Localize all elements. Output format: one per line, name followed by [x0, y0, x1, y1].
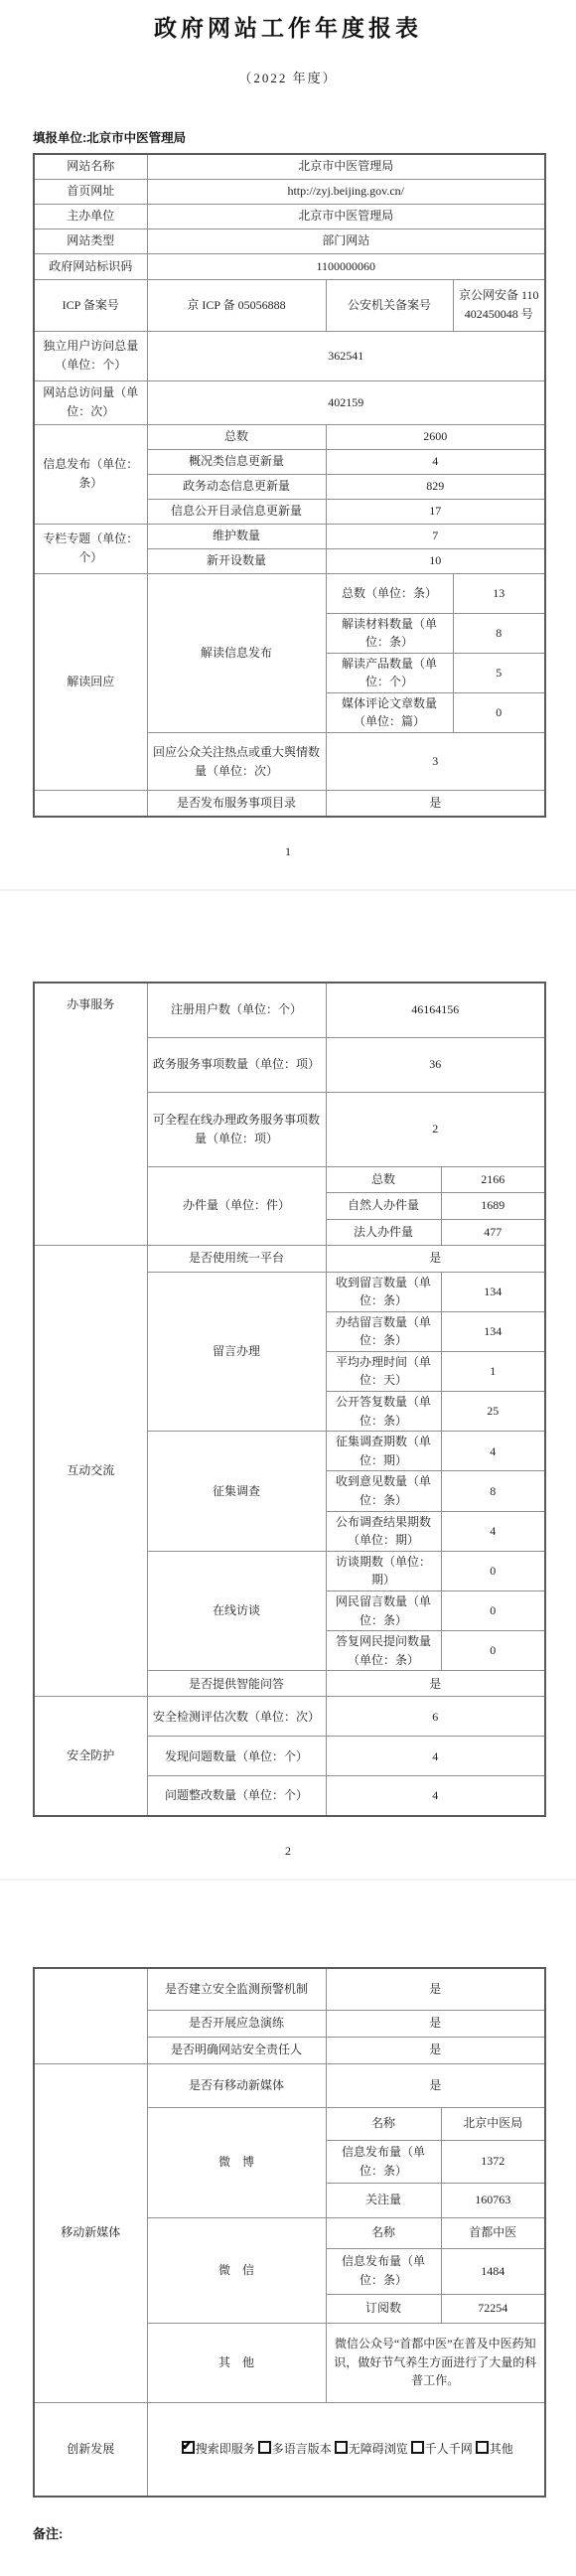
special-column-section-label: 专栏专题（单位：个） — [34, 524, 147, 573]
weibo-row-value: 1372 — [441, 2140, 545, 2183]
interaction-section-label: 互动交流 — [34, 1245, 147, 1697]
filling-unit-line: 填报单位:北京市中医管理局 — [33, 128, 576, 146]
case-volume-row-label: 法人办件量 — [326, 1219, 441, 1245]
weibo-row-label: 名称 — [326, 2107, 441, 2140]
innovation-option: 搜索即服务 — [179, 2442, 255, 2456]
wechat-row-label: 订阅数 — [326, 2294, 441, 2323]
info-publish-row-value: 17 — [326, 499, 545, 524]
interpretation-row-value: 5 — [453, 653, 545, 692]
smart-qa-label: 是否提供智能问答 — [147, 1671, 326, 1697]
weibo-row-value: 160763 — [441, 2183, 545, 2217]
wechat-row-value: 1484 — [441, 2248, 545, 2294]
message-row-label: 办结留言数量（单位：条） — [326, 1311, 441, 1351]
service-row-label: 注册用户数（单位：个） — [147, 983, 326, 1037]
has-mobile-media-value: 是 — [326, 2063, 545, 2107]
hotspot-response-value: 3 — [326, 733, 545, 791]
survey-row-value: 8 — [441, 1471, 545, 1511]
site-type-label: 网站类型 — [34, 228, 147, 253]
checkbox-personalization — [411, 2441, 424, 2454]
unique-visitors-value: 362541 — [147, 331, 545, 380]
info-publish-row-label: 概况类信息更新量 — [147, 449, 326, 474]
innovation-option: 无障碍浏览 — [332, 2442, 408, 2456]
special-column-row-label: 维护数量 — [147, 524, 326, 548]
message-row-value: 25 — [441, 1392, 545, 1432]
unified-platform-label: 是否使用统一平台 — [147, 1245, 326, 1272]
weibo-row-label: 关注量 — [326, 2183, 441, 2217]
organizer-label: 主办单位 — [34, 204, 147, 228]
survey-row-value: 4 — [441, 1432, 545, 1471]
interview-row-label: 网民留言数量（单位：条） — [326, 1591, 441, 1631]
total-visits-label: 网站总访问量（单位：次） — [34, 380, 147, 424]
empty-cell — [34, 1968, 147, 2063]
case-volume-row-label: 自然人办件量 — [326, 1192, 441, 1219]
interview-row-label: 访谈期数（单位：期） — [326, 1551, 441, 1591]
security-extra-row-label: 是否明确网站安全责任人 — [147, 2037, 326, 2063]
security-extra-row-value: 是 — [326, 1968, 545, 2010]
security-extra-row-value: 是 — [326, 2010, 545, 2037]
innovation-options-cell: 搜索即服务多语言版本无障碍浏览千人千网其他 — [147, 2402, 545, 2497]
innovation-section-label: 创新发展 — [34, 2402, 147, 2497]
interpretation-row-value: 8 — [453, 613, 545, 653]
security-extra-row-value: 是 — [326, 2037, 545, 2063]
checkbox-accessibility — [335, 2441, 348, 2454]
checkbox-other — [476, 2441, 489, 2454]
case-volume-row-label: 总数 — [326, 1166, 441, 1192]
security-row-label: 问题整改数量（单位：个） — [147, 1776, 326, 1816]
icp-value: 京 ICP 备 05056888 — [147, 279, 326, 331]
hotspot-response-label: 回应公众关注热点或重大舆情数量（单位：次） — [147, 733, 326, 791]
innovation-option-label: 千人千网 — [425, 2442, 473, 2456]
report-page-3: 是否建立安全监测预警机制 是 是否开展应急演练 是 是否明确网站安全责任人 是 … — [0, 1881, 576, 2574]
other-media-label: 其 他 — [147, 2323, 326, 2402]
home-url-value: http://zyj.beijing.gov.cn/ — [147, 179, 545, 204]
interpretation-row-label: 解读材料数量（单位：条） — [326, 613, 453, 653]
interview-row-label: 答复网民提问数量（单位：条） — [326, 1631, 441, 1671]
case-volume-label: 办件量（单位：件） — [147, 1166, 326, 1245]
security-row-label: 发现问题数量（单位：个） — [147, 1737, 326, 1776]
interpretation-publish-label: 解读信息发布 — [147, 573, 326, 733]
innovation-option: 其他 — [473, 2442, 513, 2456]
info-publish-row-label: 总数 — [147, 424, 326, 449]
case-volume-row-value: 477 — [441, 1219, 545, 1245]
info-publish-row-value: 2600 — [326, 424, 545, 449]
wechat-row-label: 名称 — [326, 2217, 441, 2248]
report-year-subtitle: （2022 年度） — [0, 68, 576, 86]
interpretation-row-label: 媒体评论文章数量（单位：篇） — [326, 692, 453, 732]
message-row-label: 平均办理时间（单位：天） — [326, 1351, 441, 1391]
interpretation-row-label: 解读产品数量（单位：个） — [326, 653, 453, 692]
service-interaction-table: 办事服务 注册用户数（单位：个） 46164156 政务服务事项数量（单位：项）… — [33, 982, 546, 1817]
interpretation-row-label: 总数（单位：条） — [326, 573, 453, 613]
service-directory-value: 是 — [326, 791, 545, 817]
weibo-row-value: 北京中医局 — [441, 2107, 545, 2140]
survey-section-label: 征集调查 — [147, 1432, 326, 1552]
security-extra-row-label: 是否建立安全监测预警机制 — [147, 1968, 326, 2010]
service-directory-label: 是否发布服务事项目录 — [147, 791, 326, 817]
mobile-media-section-label: 移动新媒体 — [34, 2063, 147, 2402]
service-row-label: 政务服务事项数量（单位：项） — [147, 1037, 326, 1092]
page-number-1: 1 — [0, 844, 576, 859]
page-number-2: 2 — [0, 1844, 576, 1859]
unique-visitors-label: 独立用户访问总量（单位：个） — [34, 331, 147, 380]
site-name-label: 网站名称 — [34, 154, 147, 179]
info-publish-row-label: 信息公开目录信息更新量 — [147, 499, 326, 524]
organizer-value: 北京市中医管理局 — [147, 204, 545, 228]
interview-row-value: 0 — [441, 1631, 545, 1671]
smart-qa-value: 是 — [326, 1671, 545, 1697]
info-publish-row-label: 政务动态信息更新量 — [147, 474, 326, 499]
service-row-value: 46164156 — [326, 983, 545, 1037]
message-row-value: 134 — [441, 1272, 545, 1311]
message-handling-label: 留言办理 — [147, 1272, 326, 1432]
security-section-label: 安全防护 — [34, 1697, 147, 1816]
innovation-option-label: 搜索即服务 — [196, 2442, 255, 2456]
wechat-row-label: 信息发布量（单位：条） — [326, 2248, 441, 2294]
checkbox-multilingual — [258, 2441, 271, 2454]
report-page-2: 办事服务 注册用户数（单位：个） 46164156 政务服务事项数量（单位：项）… — [0, 891, 576, 1879]
site-code-label: 政府网站标识码 — [34, 253, 147, 279]
weibo-section-label: 微 博 — [147, 2107, 326, 2217]
wechat-section-label: 微 信 — [147, 2217, 326, 2323]
message-row-value: 1 — [441, 1351, 545, 1391]
has-mobile-media-label: 是否有移动新媒体 — [147, 2063, 326, 2107]
home-url-label: 首页网址 — [34, 179, 147, 204]
report-page-1: 政府网站工作年度报表 （2022 年度） 填报单位:北京市中医管理局 网站名称 … — [0, 0, 576, 889]
notes-label: 备注: — [33, 2523, 576, 2542]
total-visits-value: 402159 — [147, 380, 545, 424]
survey-row-label: 收到意见数量（单位：条） — [326, 1471, 441, 1511]
other-media-value: 微信公众号“首都中医”在普及中医药知识，做好节气养生方面进行了大量的科普工作。 — [326, 2323, 545, 2402]
innovation-option-label: 其他 — [490, 2442, 513, 2456]
special-column-row-value: 10 — [326, 548, 545, 573]
police-record-label: 公安机关备案号 — [326, 279, 453, 331]
wechat-row-value: 首都中医 — [441, 2217, 545, 2248]
innovation-option-label: 多语言版本 — [272, 2442, 332, 2456]
security-row-value: 4 — [326, 1776, 545, 1816]
message-row-label: 公开答复数量（单位：条） — [326, 1392, 441, 1432]
service-section-label: 办事服务 — [34, 983, 147, 1245]
basic-info-table: 网站名称 北京市中医管理局 首页网址 http://zyj.beijing.go… — [33, 153, 546, 818]
icp-label: ICP 备案号 — [34, 279, 147, 331]
security-row-value: 4 — [326, 1737, 545, 1776]
interview-row-value: 0 — [441, 1551, 545, 1591]
info-publish-row-value: 829 — [326, 474, 545, 499]
unified-platform-value: 是 — [326, 1245, 545, 1272]
security-row-label: 安全检测评估次数（单位：次） — [147, 1697, 326, 1737]
mobile-media-table: 是否建立安全监测预警机制 是 是否开展应急演练 是 是否明确网站安全责任人 是 … — [33, 1967, 546, 2498]
interpretation-row-value: 13 — [453, 573, 545, 613]
message-row-value: 134 — [441, 1311, 545, 1351]
survey-row-value: 4 — [441, 1511, 545, 1551]
service-row-label: 可全程在线办理政务服务事项数量（单位：项） — [147, 1092, 326, 1166]
page-title: 政府网站工作年度报表 — [0, 0, 576, 43]
survey-row-label: 公布调查结果期数（单位：期） — [326, 1511, 441, 1551]
security-extra-row-label: 是否开展应急演练 — [147, 2010, 326, 2037]
interview-section-label: 在线访谈 — [147, 1551, 326, 1671]
case-volume-row-value: 2166 — [441, 1166, 545, 1192]
innovation-option: 多语言版本 — [255, 2442, 332, 2456]
info-publish-row-value: 4 — [326, 449, 545, 474]
security-row-value: 6 — [326, 1697, 545, 1737]
survey-row-label: 征集调查期数（单位：期） — [326, 1432, 441, 1471]
interpretation-row-value: 0 — [453, 692, 545, 732]
message-row-label: 收到留言数量（单位：条） — [326, 1272, 441, 1311]
special-column-row-label: 新开设数量 — [147, 548, 326, 573]
empty-cell — [34, 791, 147, 817]
innovation-option: 千人千网 — [408, 2442, 473, 2456]
site-code-value: 1100000060 — [147, 253, 545, 279]
case-volume-row-value: 1689 — [441, 1192, 545, 1219]
weibo-row-label: 信息发布量（单位：条） — [326, 2140, 441, 2183]
innovation-option-label: 无障碍浏览 — [349, 2442, 408, 2456]
site-type-value: 部门网站 — [147, 228, 545, 253]
interpretation-section-label: 解读回应 — [34, 573, 147, 791]
wechat-row-value: 72254 — [441, 2294, 545, 2323]
checkbox-search-as-service — [182, 2441, 195, 2454]
info-publish-section-label: 信息发布（单位：条） — [34, 424, 147, 524]
interview-row-value: 0 — [441, 1591, 545, 1631]
service-row-value: 2 — [326, 1092, 545, 1166]
site-name-value: 北京市中医管理局 — [147, 154, 545, 179]
service-row-value: 36 — [326, 1037, 545, 1092]
special-column-row-value: 7 — [326, 524, 545, 548]
police-record-value: 京公网安备 110402450048 号 — [453, 279, 545, 331]
